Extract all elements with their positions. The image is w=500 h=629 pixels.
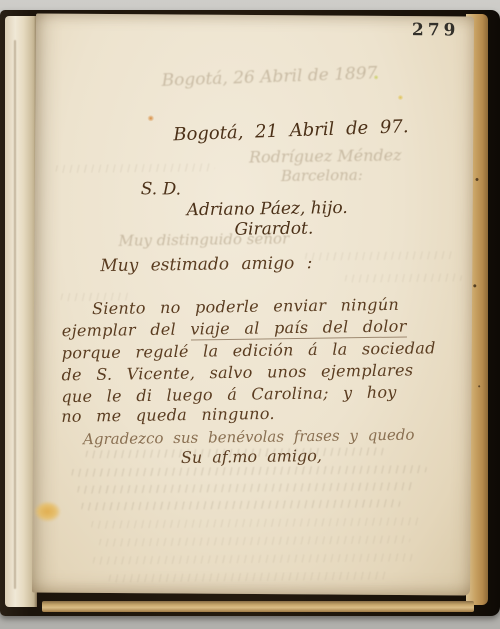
photo-background: 279 Bogotá, 26 Abril de 1897 Rodríguez M… <box>0 0 500 629</box>
manuscript-page: 279 Bogotá, 26 Abril de 1897 Rodríguez M… <box>32 13 474 595</box>
bleedthrough-scribble <box>344 273 462 282</box>
bleedthrough-city: Barcelona: <box>281 166 363 185</box>
bleedthrough-scribble <box>71 465 427 477</box>
body-line: no me queda ninguno. <box>61 404 275 426</box>
page-number: 279 <box>412 20 460 40</box>
letter-closing: Agradezco sus benévolas frases y quedo <box>83 426 415 449</box>
addressee-city: Girardot. <box>234 219 313 240</box>
bleedthrough-scribble <box>90 517 420 528</box>
bottom-page-edges <box>42 601 474 612</box>
bleedthrough-scribble <box>81 499 401 510</box>
letter-salutation: Muy estimado amigo : <box>100 253 312 276</box>
addressee-name: Adriano Páez, hijo. <box>187 198 348 220</box>
small-fleck-stain <box>374 75 379 80</box>
bleedthrough-scribble <box>77 482 415 494</box>
bleedthrough-scribble <box>108 572 390 583</box>
bleedthrough-scribble <box>55 163 215 173</box>
book-title-underlined: viaje al país del dolor <box>190 316 407 340</box>
body-line: que le di luego á Carolina; y hoy <box>61 382 397 406</box>
bleedthrough-scribble <box>304 251 454 261</box>
body-line-text: ejemplar del <box>62 319 191 340</box>
orange-fleck-stain <box>147 115 154 121</box>
letter-dateline: Bogotá, 21 Abril de 97. <box>173 116 409 145</box>
addressee-prefix: S. D. <box>141 179 181 199</box>
yellow-fleck-stain <box>397 95 403 100</box>
bleedthrough-scribble <box>85 447 385 458</box>
bleedthrough-scribble <box>92 553 414 564</box>
body-line: porque regalé la edición á la sociedad <box>62 338 436 362</box>
bleedthrough-dateline: Bogotá, 26 Abril de 1897 <box>161 63 377 91</box>
bleedthrough-recipient: Rodríguez Méndez <box>249 145 402 166</box>
bleedthrough-scribble <box>98 535 410 546</box>
body-line: ejemplar del viaje al país del dolor <box>62 316 407 340</box>
body-line: de S. Vicente, salvo unos ejemplares <box>61 360 413 384</box>
yellow-stain <box>34 501 60 521</box>
body-line: Siento no poderle enviar ningún <box>92 295 399 318</box>
